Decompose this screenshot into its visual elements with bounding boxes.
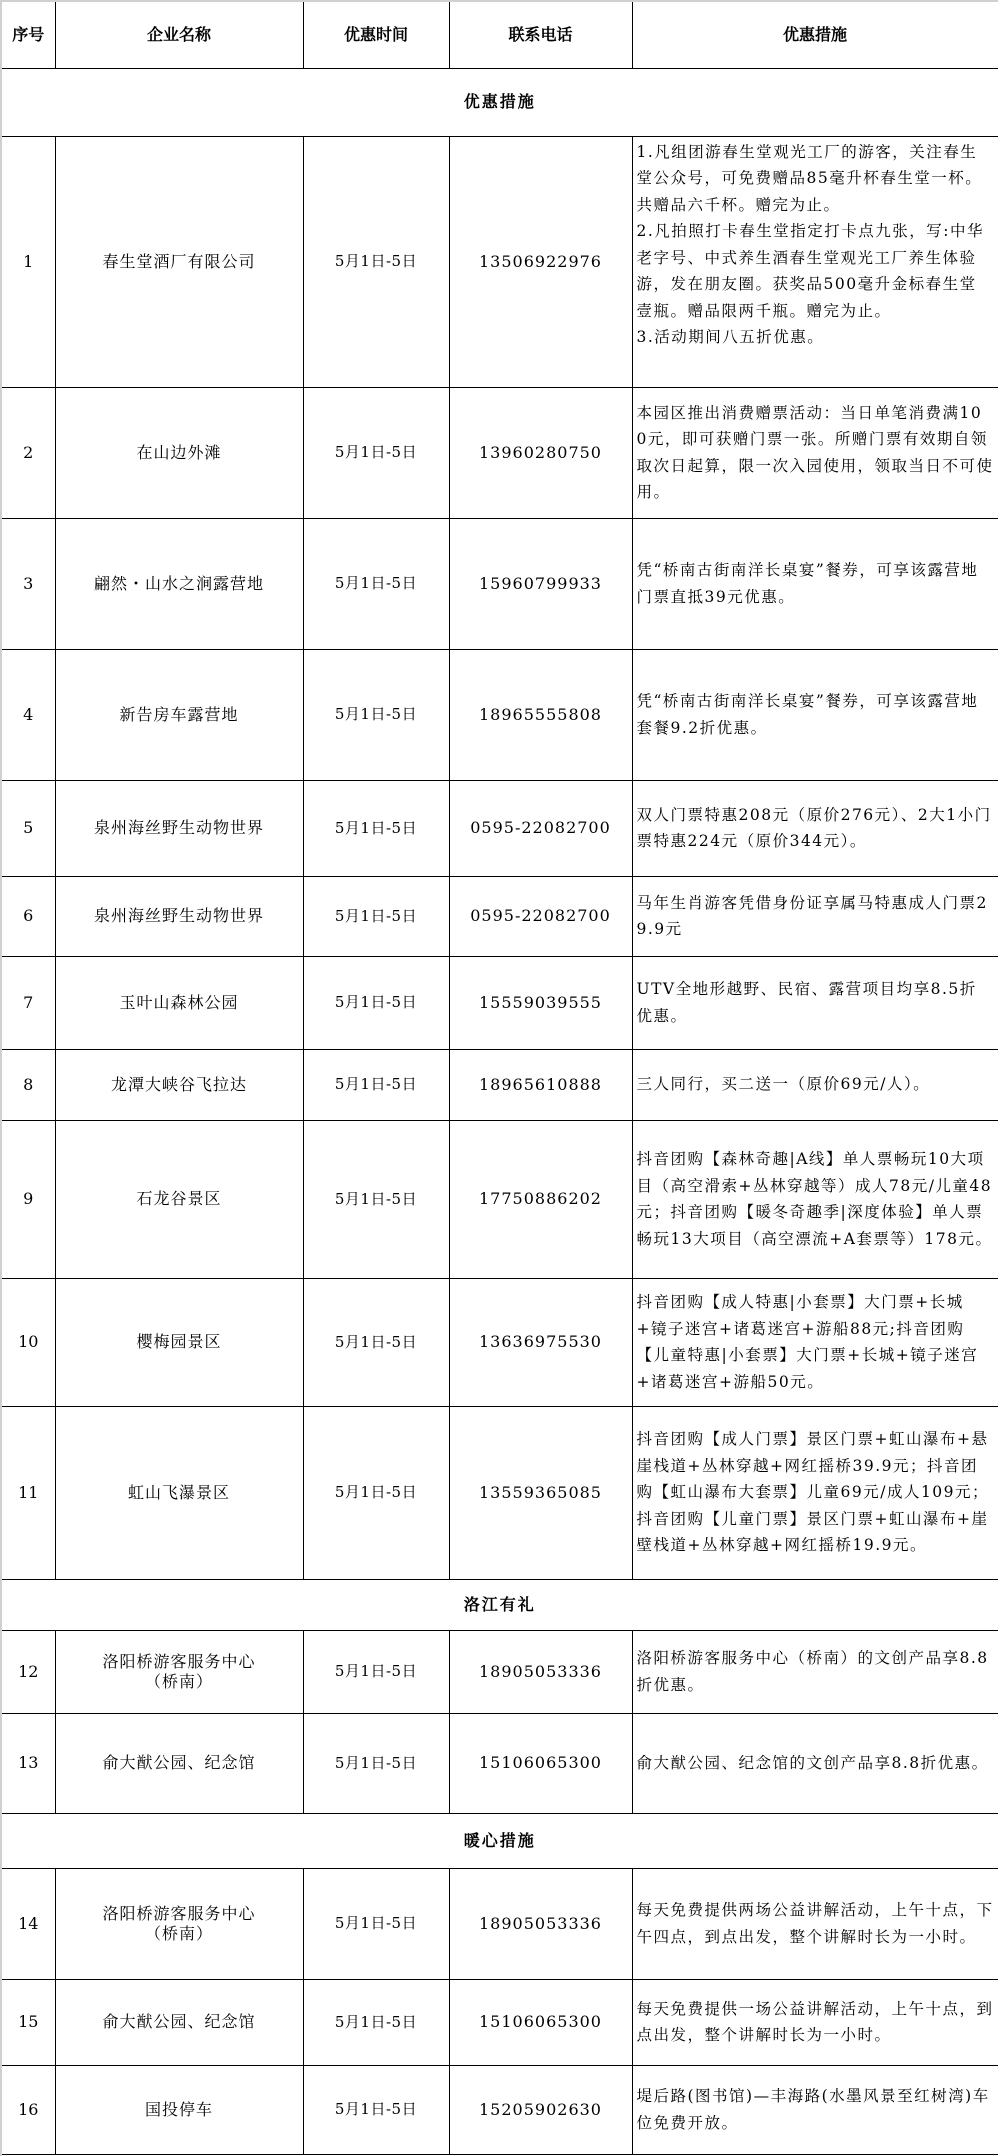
table-row: 11 虹山飞瀑景区 5月1日-5日 13559365085 抖音团购【成人门票】… [2, 1406, 998, 1579]
company-name: 俞大猷公园、纪念馆 [55, 1713, 303, 1813]
contact-phone: 13506922976 [449, 136, 632, 387]
discount-measure: 每天免费提供一场公益讲解活动，上午十点，到点出发，整个讲解时长为一小时。 [632, 1979, 998, 2065]
row-index: 16 [2, 2065, 55, 2154]
contact-phone: 18965555808 [449, 649, 632, 780]
discount-period: 5月1日-5日 [303, 1979, 449, 2065]
company-name: 龙潭大峡谷飞拉达 [55, 1049, 303, 1120]
row-index: 7 [2, 956, 55, 1049]
discount-measure: 凭“桥南古街南洋长桌宴”餐券，可享该露营地门票直抵39元优惠。 [632, 518, 998, 649]
header-discount-measures: 优惠措施 [632, 2, 998, 68]
row-index: 11 [2, 1406, 55, 1579]
header-discount-period: 优惠时间 [303, 2, 449, 68]
table-row: 4 新告房车露营地 5月1日-5日 18965555808 凭“桥南古街南洋长桌… [2, 649, 998, 780]
discount-period: 5月1日-5日 [303, 518, 449, 649]
discount-period: 5月1日-5日 [303, 1120, 449, 1278]
contact-phone: 13960280750 [449, 387, 632, 518]
table-row: 13 俞大猷公园、纪念馆 5月1日-5日 15106065300 俞大猷公园、纪… [2, 1713, 998, 1813]
discount-measure: 马年生肖游客凭借身份证享属马特惠成人门票29.9元 [632, 876, 998, 956]
table-row: 7 玉叶山森林公园 5月1日-5日 15559039555 UTV全地形越野、民… [2, 956, 998, 1049]
section-title: 洛江有礼 [2, 1579, 998, 1630]
contact-phone: 18905053336 [449, 1630, 632, 1713]
discount-period: 5月1日-5日 [303, 2065, 449, 2154]
header-contact-phone: 联系电话 [449, 2, 632, 68]
row-index: 5 [2, 780, 55, 876]
contact-phone: 0595-22082700 [449, 780, 632, 876]
row-index: 9 [2, 1120, 55, 1278]
company-name: 在山边外滩 [55, 387, 303, 518]
table-row: 2 在山边外滩 5月1日-5日 13960280750 本园区推出消费赠票活动：… [2, 387, 998, 518]
company-name: 新告房车露营地 [55, 649, 303, 780]
company-name: 国投停车 [55, 2065, 303, 2154]
discount-period: 5月1日-5日 [303, 1278, 449, 1406]
discount-period: 5月1日-5日 [303, 876, 449, 956]
table-row: 15 俞大猷公园、纪念馆 5月1日-5日 15106065300 每天免费提供一… [2, 1979, 998, 2065]
company-name: 虹山飞瀑景区 [55, 1406, 303, 1579]
table-row: 10 樱梅园景区 5月1日-5日 13636975530 抖音团购【成人特惠|小… [2, 1278, 998, 1406]
discount-measure: 1.凡组团游春生堂观光工厂的游客，关注春生堂公众号，可免费赠品85毫升杯春生堂一… [632, 136, 998, 387]
section-title: 暖心措施 [2, 1813, 998, 1868]
company-name: 洛阳桥游客服务中心（桥南） [55, 1868, 303, 1979]
table-row: 6 泉州海丝野生动物世界 5月1日-5日 0595-22082700 马年生肖游… [2, 876, 998, 956]
company-name: 玉叶山森林公园 [55, 956, 303, 1049]
discount-measure: 抖音团购【成人门票】景区门票+虹山瀑布+悬崖栈道+丛林穿越+网红摇桥39.9元；… [632, 1406, 998, 1579]
discount-measure: 凭“桥南古街南洋长桌宴”餐券，可享该露营地套餐9.2折优惠。 [632, 649, 998, 780]
discount-period: 5月1日-5日 [303, 1406, 449, 1579]
row-index: 3 [2, 518, 55, 649]
header-index: 序号 [2, 2, 55, 68]
row-index: 13 [2, 1713, 55, 1813]
discount-period: 5月1日-5日 [303, 649, 449, 780]
company-name: 樱梅园景区 [55, 1278, 303, 1406]
row-index: 8 [2, 1049, 55, 1120]
discount-table: 序号 企业名称 优惠时间 联系电话 优惠措施 优惠措施 1 春生堂酒厂有限公司 … [2, 2, 998, 2155]
company-name: 俞大猷公园、纪念馆 [55, 1979, 303, 2065]
discount-measure: 堤后路(图书馆)—丰海路(水墨风景至红树湾)车位免费开放。 [632, 2065, 998, 2154]
table-row: 12 洛阳桥游客服务中心（桥南） 5月1日-5日 18905053336 洛阳桥… [2, 1630, 998, 1713]
company-name: 翩然・山水之涧露营地 [55, 518, 303, 649]
discount-measure: 抖音团购【森林奇趣|A线】单人票畅玩10大项目（高空滑索+丛林穿越等）成人78元… [632, 1120, 998, 1278]
discount-period: 5月1日-5日 [303, 1868, 449, 1979]
table-row: 5 泉州海丝野生动物世界 5月1日-5日 0595-22082700 双人门票特… [2, 780, 998, 876]
contact-phone: 17750886202 [449, 1120, 632, 1278]
header-company-name: 企业名称 [55, 2, 303, 68]
discount-measure: UTV全地形越野、民宿、露营项目均享8.5折优惠。 [632, 956, 998, 1049]
discount-measure: 双人门票特惠208元（原价276元）、2大1小门票特惠224元（原价344元）。 [632, 780, 998, 876]
section-row: 洛江有礼 [2, 1579, 998, 1630]
table-header-row: 序号 企业名称 优惠时间 联系电话 优惠措施 [2, 2, 998, 68]
company-name: 春生堂酒厂有限公司 [55, 136, 303, 387]
discount-measure: 俞大猷公园、纪念馆的文创产品享8.8折优惠。 [632, 1713, 998, 1813]
discount-period: 5月1日-5日 [303, 956, 449, 1049]
contact-phone: 18965610888 [449, 1049, 632, 1120]
company-name: 泉州海丝野生动物世界 [55, 780, 303, 876]
discount-period: 5月1日-5日 [303, 1630, 449, 1713]
row-index: 2 [2, 387, 55, 518]
discount-period: 5月1日-5日 [303, 136, 449, 387]
table-row: 3 翩然・山水之涧露营地 5月1日-5日 15960799933 凭“桥南古街南… [2, 518, 998, 649]
discount-measure: 三人同行，买二送一（原价69元/人）。 [632, 1049, 998, 1120]
company-name: 洛阳桥游客服务中心（桥南） [55, 1630, 303, 1713]
company-name: 石龙谷景区 [55, 1120, 303, 1278]
contact-phone: 0595-22082700 [449, 876, 632, 956]
contact-phone: 13636975530 [449, 1278, 632, 1406]
discount-period: 5月1日-5日 [303, 780, 449, 876]
discount-measure: 每天免费提供两场公益讲解活动，上午十点，下午四点，到点出发，整个讲解时长为一小时… [632, 1868, 998, 1979]
row-index: 4 [2, 649, 55, 780]
discount-period: 5月1日-5日 [303, 387, 449, 518]
row-index: 12 [2, 1630, 55, 1713]
table-row: 1 春生堂酒厂有限公司 5月1日-5日 13506922976 1.凡组团游春生… [2, 136, 998, 387]
discount-period: 5月1日-5日 [303, 1713, 449, 1813]
discount-table-sheet: 序号 企业名称 优惠时间 联系电话 优惠措施 优惠措施 1 春生堂酒厂有限公司 … [0, 0, 998, 2156]
contact-phone: 18905053336 [449, 1868, 632, 1979]
row-index: 14 [2, 1868, 55, 1979]
section-row: 暖心措施 [2, 1813, 998, 1868]
company-name: 泉州海丝野生动物世界 [55, 876, 303, 956]
contact-phone: 15559039555 [449, 956, 632, 1049]
contact-phone: 15205902630 [449, 2065, 632, 2154]
section-row: 优惠措施 [2, 68, 998, 136]
row-index: 1 [2, 136, 55, 387]
contact-phone: 15106065300 [449, 1979, 632, 2065]
table-row: 16 国投停车 5月1日-5日 15205902630 堤后路(图书馆)—丰海路… [2, 2065, 998, 2154]
section-title: 优惠措施 [2, 68, 998, 136]
discount-period: 5月1日-5日 [303, 1049, 449, 1120]
row-index: 10 [2, 1278, 55, 1406]
table-row: 8 龙潭大峡谷飞拉达 5月1日-5日 18965610888 三人同行，买二送一… [2, 1049, 998, 1120]
table-row: 9 石龙谷景区 5月1日-5日 17750886202 抖音团购【森林奇趣|A线… [2, 1120, 998, 1278]
contact-phone: 15106065300 [449, 1713, 632, 1813]
contact-phone: 15960799933 [449, 518, 632, 649]
discount-measure: 本园区推出消费赠票活动：当日单笔消费满100元，即可获赠门票一张。所赠门票有效期… [632, 387, 998, 518]
discount-measure: 洛阳桥游客服务中心（桥南）的文创产品享8.8折优惠。 [632, 1630, 998, 1713]
row-index: 15 [2, 1979, 55, 2065]
row-index: 6 [2, 876, 55, 956]
table-row: 14 洛阳桥游客服务中心（桥南） 5月1日-5日 18905053336 每天免… [2, 1868, 998, 1979]
discount-measure: 抖音团购【成人特惠|小套票】大门票+长城+镜子迷宫+诸葛迷宫+游船88元;抖音团… [632, 1278, 998, 1406]
contact-phone: 13559365085 [449, 1406, 632, 1579]
